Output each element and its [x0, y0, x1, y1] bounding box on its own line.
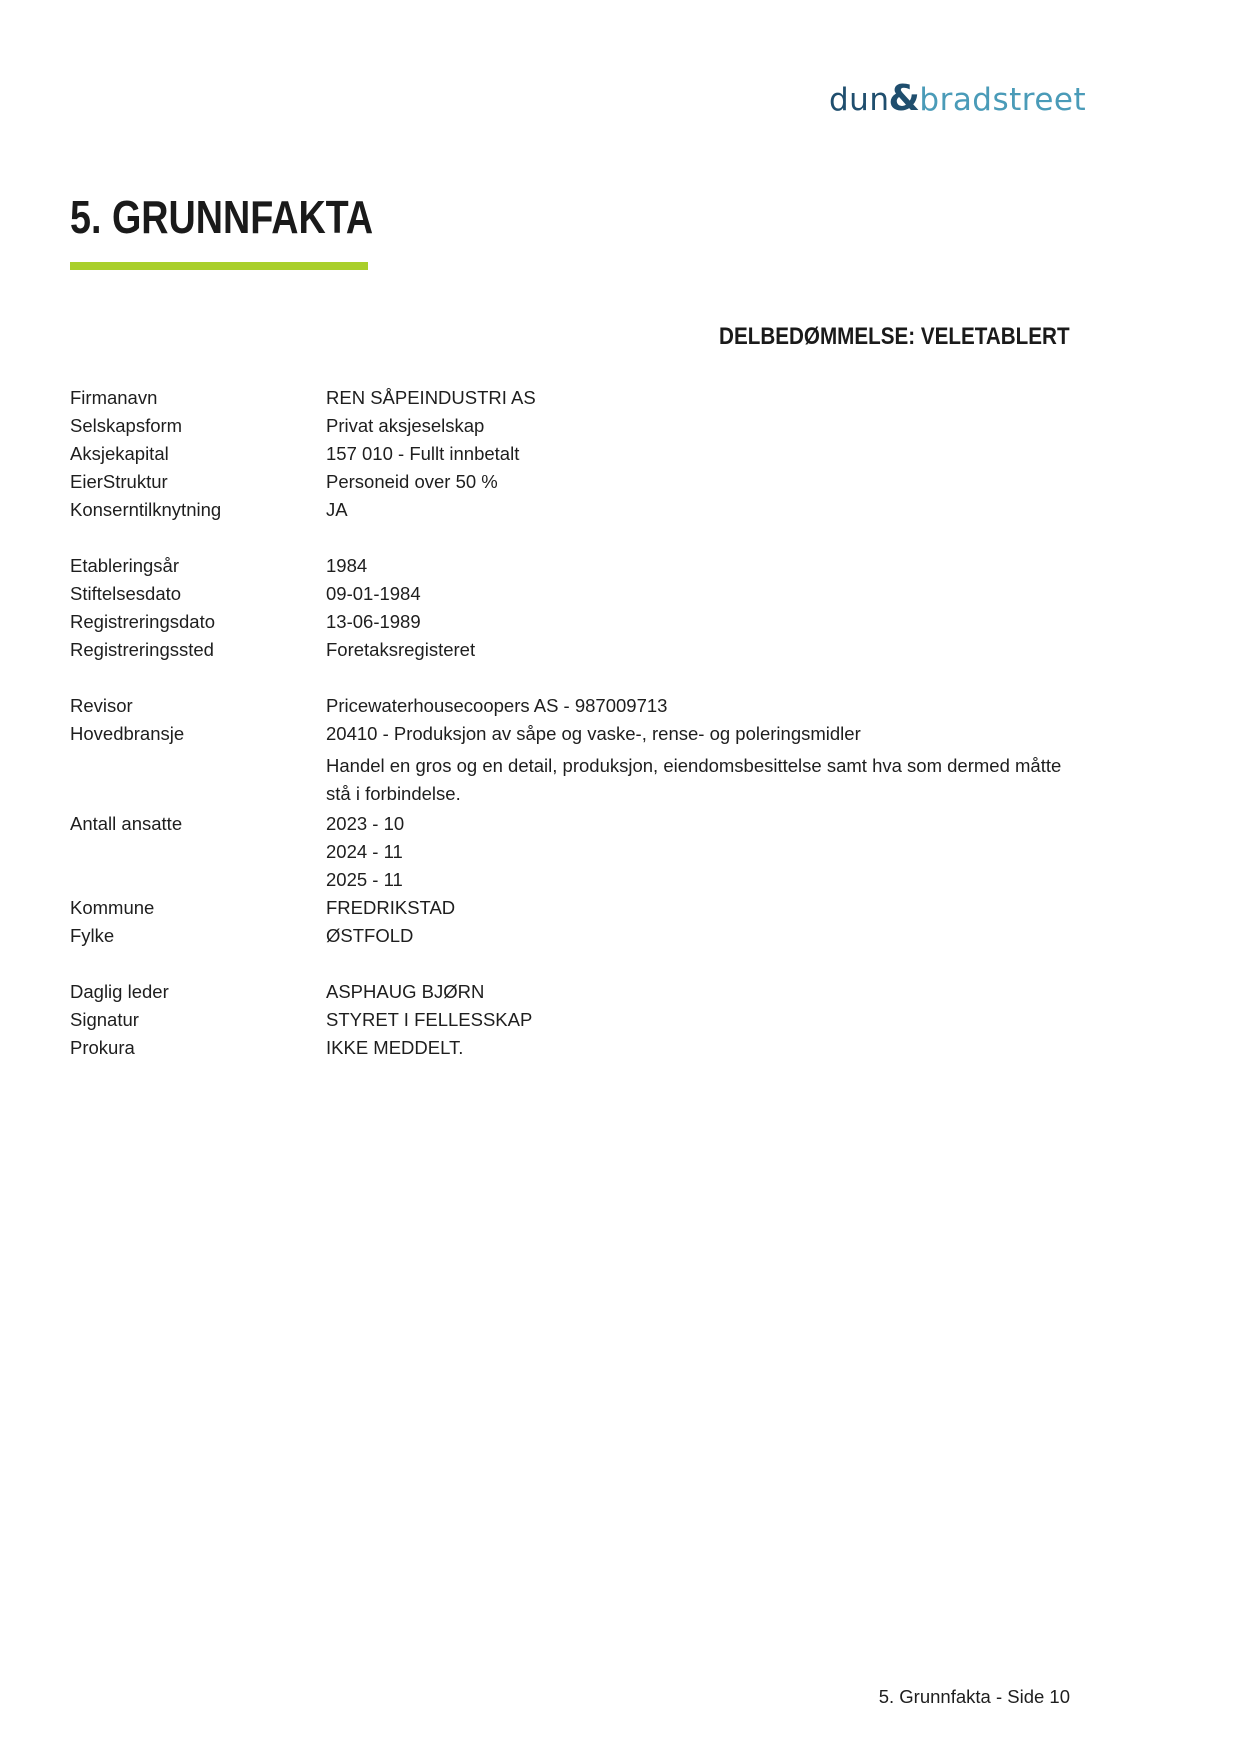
fact-value: Personeid over 50 %: [326, 468, 1070, 496]
fact-label: Prokura: [70, 1034, 326, 1062]
employees-year-value: 2024 - 11: [326, 838, 1070, 866]
fact-label: Registreringsdato: [70, 608, 326, 636]
fact-row-prokura: Prokura IKKE MEDDELT.: [70, 1034, 1070, 1062]
fact-label: EierStruktur: [70, 468, 326, 496]
logo-ampersand: &: [888, 78, 920, 119]
fact-value: JA: [326, 496, 1070, 524]
fact-row-antall-ansatte: Antall ansatte 2023 - 10 2024 - 11 2025 …: [70, 810, 1070, 894]
fact-value: 157 010 - Fullt innbetalt: [326, 440, 1070, 468]
fact-row-purpose: Handel en gros og en detail, produksjon,…: [70, 752, 1070, 808]
page-title: 5. GRUNNFAKTA: [70, 190, 373, 244]
fact-label: Revisor: [70, 692, 326, 720]
fact-label: Etableringsår: [70, 552, 326, 580]
fact-row-konserntilknytning: Konserntilknytning JA: [70, 496, 1070, 524]
fact-value: FREDRIKSTAD: [326, 894, 1070, 922]
employees-year-value: 2025 - 11: [326, 866, 1070, 894]
fact-value: 1984: [326, 552, 1070, 580]
fact-label: Hovedbransje: [70, 720, 326, 748]
fact-label-empty: [70, 752, 326, 808]
title-underline-bar: [70, 262, 368, 270]
fact-row-stiftelsesdato: Stiftelsesdato 09-01-1984: [70, 580, 1070, 608]
fact-value: 09-01-1984: [326, 580, 1070, 608]
fact-label: Registreringssted: [70, 636, 326, 664]
fact-label: Firmanavn: [70, 384, 326, 412]
fact-value: Privat aksjeselskap: [326, 412, 1070, 440]
page-footer: 5. Grunnfakta - Side 10: [879, 1686, 1070, 1708]
fact-label: Konserntilknytning: [70, 496, 326, 524]
spacer: [70, 950, 1070, 978]
spacer: [70, 524, 1070, 552]
fact-label: Signatur: [70, 1006, 326, 1034]
logo-text-bradstreet: bradstreet: [919, 82, 1086, 118]
fact-label: Stiftelsesdato: [70, 580, 326, 608]
dun-bradstreet-logo: dun&bradstreet: [829, 78, 1086, 119]
fact-value: Pricewaterhousecoopers AS - 987009713: [326, 692, 1070, 720]
logo-text-dun: dun: [829, 82, 889, 118]
fact-row-firmanavn: Firmanavn REN SÅPEINDUSTRI AS: [70, 384, 1070, 412]
fact-row-etableringsar: Etableringsår 1984: [70, 552, 1070, 580]
fact-label: Kommune: [70, 894, 326, 922]
fact-row-aksjekapital: Aksjekapital 157 010 - Fullt innbetalt: [70, 440, 1070, 468]
fact-row-eierstruktur: EierStruktur Personeid over 50 %: [70, 468, 1070, 496]
fact-value: ASPHAUG BJØRN: [326, 978, 1070, 1006]
fact-label: Aksjekapital: [70, 440, 326, 468]
fact-value: 13-06-1989: [326, 608, 1070, 636]
fact-label: Daglig leder: [70, 978, 326, 1006]
fact-row-revisor: Revisor Pricewaterhousecoopers AS - 9870…: [70, 692, 1070, 720]
fact-value: ØSTFOLD: [326, 922, 1070, 950]
fact-row-registreringssted: Registreringssted Foretaksregisteret: [70, 636, 1070, 664]
company-purpose-text: Handel en gros og en detail, produksjon,…: [326, 752, 1070, 808]
fact-value: Foretaksregisteret: [326, 636, 1070, 664]
fact-value: 20410 - Produksjon av såpe og vaske-, re…: [326, 720, 1070, 748]
sub-rating-heading: DELBEDØMMELSE: VELETABLERT: [719, 323, 1070, 351]
fact-row-signatur: Signatur STYRET I FELLESSKAP: [70, 1006, 1070, 1034]
employees-year-value: 2023 - 10: [326, 810, 1070, 838]
fact-value: IKKE MEDDELT.: [326, 1034, 1070, 1062]
fact-label: Antall ansatte: [70, 810, 326, 894]
spacer: [70, 664, 1070, 692]
fact-row-kommune: Kommune FREDRIKSTAD: [70, 894, 1070, 922]
fact-row-selskapsform: Selskapsform Privat aksjeselskap: [70, 412, 1070, 440]
fact-label: Selskapsform: [70, 412, 326, 440]
fact-value-list: 2023 - 10 2024 - 11 2025 - 11: [326, 810, 1070, 894]
fact-row-fylke: Fylke ØSTFOLD: [70, 922, 1070, 950]
fact-row-registreringsdato: Registreringsdato 13-06-1989: [70, 608, 1070, 636]
fact-row-daglig-leder: Daglig leder ASPHAUG BJØRN: [70, 978, 1070, 1006]
fact-value: STYRET I FELLESSKAP: [326, 1006, 1070, 1034]
fact-row-hovedbransje: Hovedbransje 20410 - Produksjon av såpe …: [70, 720, 1070, 748]
facts-table: Firmanavn REN SÅPEINDUSTRI AS Selskapsfo…: [70, 384, 1070, 1062]
fact-label: Fylke: [70, 922, 326, 950]
fact-value: REN SÅPEINDUSTRI AS: [326, 384, 1070, 412]
